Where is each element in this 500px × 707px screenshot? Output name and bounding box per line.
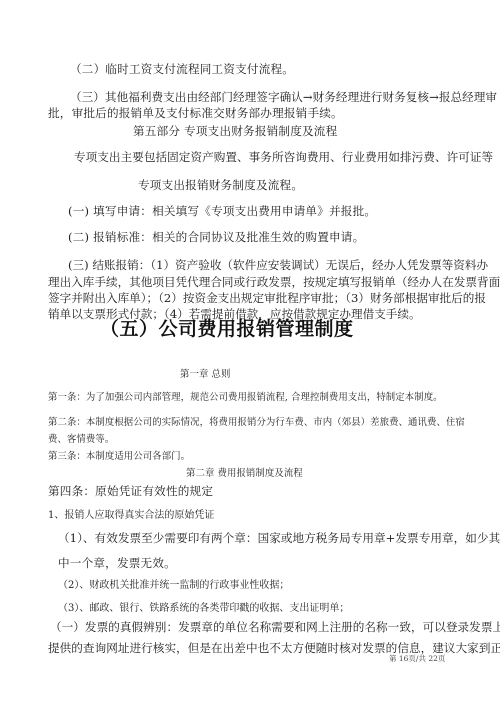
- article-one: 第一条：为了加强公司内部管理，规范公司费用报销流程, 合理控制费用支出，特制定本…: [48, 391, 443, 405]
- chapter-two-title: 第二章 费用报销制度及流程: [186, 467, 303, 481]
- clause-one: 1、报销人应取得真实合法的原始凭证: [48, 509, 214, 523]
- sub-clause-three: （3）、邮政、银行、铁路系统的各类带印戳的收据、支出证明单；: [58, 602, 349, 616]
- article-two-line2: 费、客情费等。: [48, 433, 114, 447]
- article-three: 第三条：本制度适用公司各部门。: [48, 450, 190, 464]
- paragraph-welfare-line1: （三）其他福利费支出由经部门经理签字确认→财务经理进行财务复核→报总经理审: [70, 90, 497, 104]
- step-settlement-line3: 签字并附出入库单）；（2）按资金支出规定审批程序审批；（3）财务部根据审批后的报: [48, 291, 486, 305]
- paragraph-temp-wage: （二）临时工资支付流程同工资支付流程。: [70, 62, 294, 76]
- part-five-intro-line1: 专项支出主要包括固定资产购置、事务所咨询费用、行业费用如排污费、许可证等: [74, 150, 493, 164]
- step-fill-application: (一) 填写申请：相关填写《专项支出费用申请单》并报批。: [68, 204, 376, 218]
- page-number: 第 16页/共 22页: [389, 654, 445, 664]
- part-five-intro-line2: 专项支出报销财务制度及流程。: [138, 178, 303, 192]
- chapter-one-title: 第一章 总则: [180, 368, 230, 382]
- paragraph-welfare-line2: 批，审批后的报销单及支付标准交财务部办理报销手续。: [48, 106, 343, 120]
- sub-clause-one-line1: （1）、有效发票至少需要印有两个章：国家或地方税务局专用章+发票专用章，如少其: [58, 531, 500, 545]
- invoice-check-line1: （一）发票的真假辨别：发票章的单位名称需要和网上注册的名称一致，可以登录发票上: [50, 620, 500, 634]
- section-five-heading: （五）公司费用报销管理制度: [100, 318, 354, 340]
- step-reimbursement-standard: (二) 报销标准：相关的合同协议及批准生效的购置申请。: [68, 230, 364, 244]
- article-two-line1: 第二条：本制度根据公司的实际情况，将费用报销分为行车费、市内（郊县）差旅费、通讯…: [48, 416, 465, 430]
- part-five-title: 第五部分 专项支出财务报销制度及流程: [133, 124, 337, 138]
- article-four: 第四条：原始凭证有效性的规定: [48, 484, 213, 498]
- step-settlement-line2: 理出入库手续，其他项目凭代理合同或行政发票，按规定填写报销单（经办人在发票背面: [48, 275, 500, 289]
- invoice-check-line2: 提供的查询网址进行核实，但是在出差中也不太方便随时核对发票的信息，建议大家到正: [48, 641, 500, 655]
- document-page: （二）临时工资支付流程同工资支付流程。 （三）其他福利费支出由经部门经理签字确认…: [0, 0, 500, 707]
- sub-clause-two: （2）、财政机关批准并统一监制的行政事业性收据；: [58, 579, 289, 593]
- step-settlement-line1: (三) 结账报销：（1）资产验收（软件应安装调试）无误后，经办人凭发票等资料办: [68, 258, 488, 272]
- sub-clause-one-line2: 中一个章，发票无效。: [58, 556, 176, 570]
